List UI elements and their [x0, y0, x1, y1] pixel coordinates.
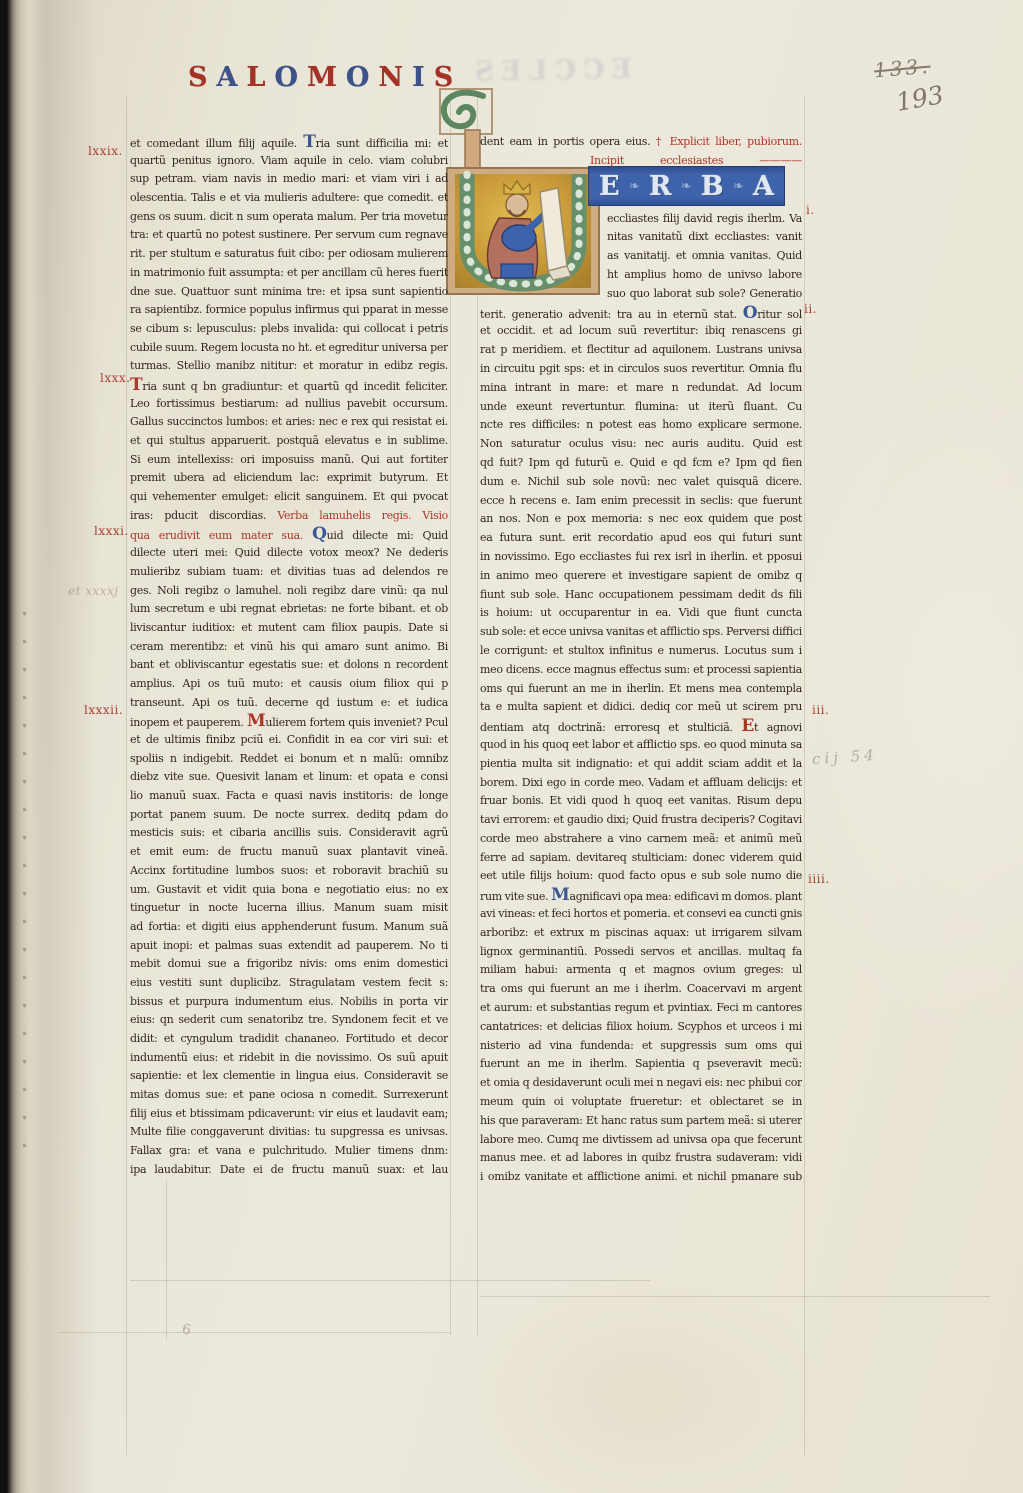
text-segment: Gallus succinctos lumbos: et aries: nec …	[130, 415, 448, 428]
text-segment: rum vite sue.	[480, 890, 551, 903]
text-segment: in animo meo querere et investigare sapi…	[480, 569, 802, 582]
text-segment: agnificavi opa mea: edificavi m domos. p…	[570, 890, 802, 903]
text-segment: nitas vanitatũ dixt eccliastes: vanit	[607, 230, 802, 243]
text-segment: bissus et purpura indumentum eius. Nobil…	[130, 995, 448, 1008]
text-segment: fruar bonis. Et vidi quod h quoq eet van…	[480, 794, 802, 807]
text-segment: fiunt sub sole. Hanc occupationem pessim…	[480, 588, 802, 601]
text-line: bissus et purpura indumentum eius. Nobil…	[130, 993, 448, 1012]
text-line: mebit domui sue a frigoribz nivis: oms e…	[130, 955, 448, 974]
text-segment: cantatrices: et delicias filiox hoium. S…	[480, 1020, 802, 1033]
running-title: SALOMONIS	[188, 62, 462, 93]
text-segment: rit. per stultum e saturatus fuit cibo: …	[130, 247, 448, 264]
text-line: qua erudivit eum mater sua. Quid dilecte…	[130, 525, 448, 544]
text-segment: iras: pducit discordias.	[130, 509, 277, 522]
text-line: ecce h recens e. Iam enim precessit in s…	[480, 492, 802, 511]
text-line: arboribz: et extrux m piscinas aquax: ut…	[480, 924, 802, 943]
text-column-right: dent eam in portis opera eius. † Explici…	[480, 133, 802, 1187]
text-segment: et aurum: et substantias regum et pvinti…	[480, 1001, 802, 1018]
text-line: qui vehementer emulget: elicit sanguinem…	[130, 488, 448, 507]
text-segment: Fallax gra: et vana e pulchritudo. Mulie…	[130, 1144, 448, 1157]
text-segment: mina intrant in mare: et mare n redundat…	[480, 381, 802, 394]
text-segment: indumentũ eius: et ridebit in die noviss…	[130, 1051, 448, 1064]
text-segment: ulierem fortem quis inveniet? Pcul	[265, 716, 448, 729]
text-segment: tra oms qui fuerunt an me i iherlm. Coac…	[480, 982, 802, 995]
text-segment: ipa laudabitur. Date ei de fructu manuũ …	[130, 1163, 448, 1176]
text-line: se cibum s: lepusculus: plebs invalida: …	[130, 320, 448, 339]
text-segment: terit. generatio advenit: tra au in eter…	[480, 308, 743, 321]
text-line: labore meo. Cumq me divtissem ad univsa …	[480, 1131, 802, 1150]
text-segment: diebz vite sue. Quesivit lanam et linum:…	[130, 770, 448, 783]
text-segment: filij eius et btissimam pdicaverunt: vir…	[130, 1107, 448, 1120]
text-segment: ferre ad sapiam. devitareq stulticiam: d…	[480, 851, 802, 864]
text-segment: ges. Noli regibz o lamuhel. noli regibz …	[130, 584, 448, 597]
text-segment: his que paraveram: Et hanc ratus sum par…	[480, 1114, 802, 1127]
text-line: quod in his quoq eet labor et afflictio …	[480, 736, 802, 755]
chapter-numeral: lxxxi.	[94, 524, 129, 538]
text-segment: quartũ penitus ignoro. Viam aquile in ce…	[130, 154, 448, 167]
text-line: ceram merentibz: et vinũ his qui amaro s…	[130, 638, 448, 657]
text-segment: gens os suum. dicit n sum operata malum.…	[130, 210, 448, 223]
text-line: indumentũ eius: et ridebit in die noviss…	[130, 1049, 448, 1068]
text-segment: arboribz: et extrux m piscinas aquax: ut…	[480, 926, 802, 939]
text-line: ad fortia: et digiti eius apphenderunt f…	[130, 918, 448, 937]
text-line: rat p meridiem. et flectitur ad aquilone…	[480, 341, 802, 360]
text-segment: Multe filie conggaverunt divitias: tu su…	[130, 1125, 448, 1138]
text-segment: le corrigunt: et stultox infinitus e num…	[480, 644, 802, 661]
text-line: ht amplius homo de univso labore	[480, 266, 802, 285]
text-line: i omibz vanitate et afflictione animi. e…	[480, 1168, 802, 1187]
text-line: ra sapientibz. formice populus infirmus …	[130, 301, 448, 320]
prick-hole	[23, 668, 26, 671]
text-segment: manus mee. et ad labores in quibz frustr…	[480, 1151, 802, 1164]
text-segment: ht amplius homo de univso labore	[607, 268, 802, 281]
prick-hole	[23, 864, 26, 867]
text-segment: qua erudivit eum mater sua.	[130, 529, 312, 542]
text-segment: lum secretum e ubi regnat ebrietas: ne f…	[130, 602, 448, 615]
text-line: ges. Noli regibz o lamuhel. noli regibz …	[130, 582, 448, 601]
text-line: meum quin oi voluptate frueretur: et obl…	[480, 1093, 802, 1112]
text-segment: meum quin oi voluptate frueretur: et obl…	[480, 1095, 802, 1108]
text-line: tavi errorem: et gaudio dixi; Quid frust…	[480, 811, 802, 830]
prick-hole	[23, 640, 26, 643]
text-line: le corrigunt: et stultox infinitus e num…	[480, 642, 802, 661]
text-segment: et qui stultus apparuerit. postquã eleva…	[130, 434, 448, 447]
text-line: spoliis n indigebit. Reddet ei bonum et …	[130, 750, 448, 769]
text-segment: Non saturatur oculus visu: nec auris aud…	[480, 437, 802, 450]
text-segment: dum e. Nichil sub sole novũ: nec valet q…	[480, 475, 802, 488]
text-line: eius vestiti sunt duplicibz. Stragulatam…	[130, 974, 448, 993]
text-segment: sapientie: et lex clementie in lingua ei…	[130, 1069, 448, 1082]
text-line: didit: et cyngulum tradidit chananeo. Fo…	[130, 1030, 448, 1049]
header-letter: O	[274, 62, 307, 93]
header-letter: S	[188, 62, 217, 93]
text-segment: premit ubera ad eliciendum lac: exprimit…	[130, 471, 448, 484]
ruling-line	[804, 95, 805, 1455]
text-line: inopem et pauperem. Mulierem fortem quis…	[130, 712, 448, 731]
text-line: sapientie: et lex clementie in lingua ei…	[130, 1067, 448, 1086]
text-line: et aurum: et substantias regum et pvinti…	[480, 999, 802, 1018]
text-segment: cubile suum. Regem locusta no ht. et egr…	[130, 341, 448, 354]
folio-number: 193	[894, 80, 946, 117]
text-line: lum secretum e ubi regnat ebrietas: ne f…	[130, 600, 448, 619]
text-segment: didit: et cyngulum tradidit chananeo. Fo…	[130, 1032, 448, 1045]
text-segment: ea futura sunt. erit recordatio apud eos…	[480, 531, 802, 544]
ruling-line	[166, 1180, 167, 1340]
text-line: um. Gustavit et vidit quia bona e negoti…	[130, 881, 448, 900]
prick-hole	[23, 612, 26, 615]
text-segment: O	[743, 304, 758, 323]
text-line: Fallax gra: et vana e pulchritudo. Mulie…	[130, 1142, 448, 1161]
text-line: mesticis suis: et cibaria ancillis suis.…	[130, 824, 448, 843]
text-segment: Verba lamuhelis regis. Visio	[277, 509, 448, 522]
text-segment: lio manuũ suax. Facta e quasi navis inst…	[130, 789, 448, 802]
text-line: lio manuũ suax. Facta e quasi navis inst…	[130, 787, 448, 806]
text-segment: avi vineas: et feci hortos et pomeria. e…	[480, 907, 802, 920]
margin-pencil-note: cij 54	[811, 746, 878, 769]
initial-spiral-curl	[444, 93, 483, 127]
text-segment: et comedant illum filij aquile.	[130, 137, 303, 150]
text-line: Leo fortissimus bestiarum: ad nullius pa…	[130, 395, 448, 414]
text-line: amplius. Api os tuũ muto: et causis oium…	[130, 675, 448, 694]
text-segment: is hoium: ut occuparentur in ea. Vidi qu…	[480, 606, 802, 619]
text-line: ea futura sunt. erit recordatio apud eos…	[480, 529, 802, 548]
text-line: in circuitu pgit sps: et in circulos suo…	[480, 360, 802, 379]
text-segment: olescentia. Talis e et via mulieris adul…	[130, 191, 448, 208]
text-line: tra: et quartũ no potest sustinere. Per …	[130, 226, 448, 245]
text-segment: E	[741, 717, 754, 736]
text-line: meo dicens. ecce magnus effectus sum: et…	[480, 661, 802, 680]
text-line: iras: pducit discordias. Verba lamuhelis…	[130, 507, 448, 526]
text-line: dne sue. Quattuor sunt minima tre: et ip…	[130, 283, 448, 302]
text-line: et emit eum: de fructu manuũ suax planta…	[130, 843, 448, 862]
text-line: et comedant illum filij aquile. Tria sun…	[130, 133, 448, 152]
text-line: lignox germinantiũ. Possedi servos et an…	[480, 943, 802, 962]
prick-hole	[23, 948, 26, 951]
text-segment: mitas domus sue: et pane ociosa n comedi…	[130, 1088, 448, 1101]
text-segment: et de ultimis finibz pciũ ei. Confidit i…	[130, 733, 448, 746]
text-segment: ritur sol	[757, 308, 802, 321]
text-line: in animo meo querere et investigare sapi…	[480, 567, 802, 586]
header-letter: A	[217, 62, 247, 93]
text-segment: ta e multa sapient et didici. dediq cor …	[480, 700, 802, 713]
text-line: turmas. Stellio manibz nititur: et morat…	[130, 357, 448, 376]
text-line: is hoium: ut occuparentur in ea. Vidi qu…	[480, 604, 802, 623]
text-line: qd fuit? Ipm qd futurũ e. Quid e qd fcm …	[480, 454, 802, 473]
text-segment: liviscantur iuditiox: et mutent cam fili…	[130, 621, 448, 634]
text-line: mitas domus sue: et pane ociosa n comedi…	[130, 1086, 448, 1105]
text-line: fruar bonis. Et vidi quod h quoq eet van…	[480, 792, 802, 811]
text-segment: unde exeunt revertuntur. flumina: ut ite…	[480, 400, 802, 413]
text-line: tinguetur in nocte lucerna illius. Manum…	[130, 899, 448, 918]
text-segment: mulieribz subiam tuam: et divitias tuas …	[130, 565, 448, 578]
text-line: terit. generatio advenit: tra au in eter…	[480, 304, 802, 323]
text-segment: sub sole: et ecce univsa vanitas et affl…	[480, 625, 802, 638]
text-segment: T	[303, 133, 315, 152]
header-letter: N	[378, 62, 412, 93]
ruling-line	[480, 1296, 990, 1297]
text-segment: dne sue. Quattuor sunt minima tre: et ip…	[130, 285, 448, 298]
text-line: et occidit. et ad locum suũ revertitur: …	[480, 322, 802, 341]
text-line: transeunt. Api os tuũ. decerne qd iustum…	[130, 694, 448, 713]
text-segment: in circuitu pgit sps: et in circulos suo…	[480, 362, 802, 375]
text-segment: ria sunt difficilia mi: et	[316, 137, 448, 150]
chapter-numeral: lxxx.	[100, 371, 130, 385]
text-line: rum vite sue. Magnificavi opa mea: edifi…	[480, 886, 802, 905]
ruling-line	[130, 1280, 650, 1281]
text-segment: Accinx fortitudine lumbos suos: et robor…	[130, 864, 448, 877]
text-segment: fuerunt an me in iherlm. Sapientia q pse…	[480, 1057, 802, 1070]
text-segment: inopem et pauperem.	[130, 716, 247, 729]
text-line: portat panem suum. De nocte surrex. dedi…	[130, 806, 448, 825]
text-segment: apuit inopi: et palmas suas extendit ad …	[130, 939, 448, 952]
text-segment: qui vehementer emulget: elicit sanguinem…	[130, 490, 448, 503]
text-line: apuit inopi: et palmas suas extendit ad …	[130, 937, 448, 956]
text-line: fiunt sub sole. Hanc occupationem pessim…	[480, 586, 802, 605]
text-segment: eccliastes filij david regis iherlm. Va	[607, 212, 802, 225]
text-line: eet utile filijs hoium: quod facto opus …	[480, 867, 802, 886]
text-segment: et occidit. et ad locum suũ revertitur: …	[480, 324, 802, 337]
text-segment: miliam habui: armenta q et magnos ovium …	[480, 963, 802, 976]
text-line: ferre ad sapiam. devitareq stulticiam: d…	[480, 849, 802, 868]
prick-hole	[23, 1060, 26, 1063]
text-segment: eius: qn sederit cum senatoribz tre. Syn…	[130, 1013, 448, 1026]
text-segment: turmas. Stellio manibz nititur: et morat…	[130, 359, 448, 372]
faded-margin-annotation: et xxxxj	[68, 584, 119, 598]
text-segment: † Explicit liber, pubiorum.	[656, 135, 802, 148]
text-segment: ad fortia: et digiti eius apphenderunt f…	[130, 920, 448, 933]
prick-hole	[23, 696, 26, 699]
text-segment: oms qui fuerunt an me in iherlin. Et men…	[480, 682, 802, 695]
text-segment: mesticis suis: et cibaria ancillis suis.…	[130, 826, 448, 839]
text-line: bant et obliviscantur egestatis sue: et …	[130, 656, 448, 675]
text-line: eius: qn sederit cum senatoribz tre. Syn…	[130, 1011, 448, 1030]
text-segment: Q	[312, 525, 327, 544]
text-line: his que paraveram: Et hanc ratus sum par…	[480, 1112, 802, 1131]
bottom-margin-mark: 6	[180, 1321, 192, 1339]
text-segment: dilecte uteri mei: Quid dilecte votox me…	[130, 546, 448, 559]
text-line: diebz vite sue. Quesivit lanam et linum:…	[130, 768, 448, 787]
text-segment: Leo fortissimus bestiarum: ad nullius pa…	[130, 397, 448, 410]
header-letter: O	[346, 62, 379, 93]
text-segment: mebit domui sue a frigoribz nivis: oms e…	[130, 957, 448, 970]
text-segment: ecce h recens e. Iam enim precessit in s…	[480, 494, 802, 507]
text-line: manus mee. et ad labores in quibz frustr…	[480, 1149, 802, 1168]
header-letter: M	[307, 62, 346, 93]
text-column-left: et comedant illum filij aquile. Tria sun…	[130, 133, 448, 1180]
text-line: ncte res difficiles: n potest eas homo e…	[480, 416, 802, 435]
text-segment: eius vestiti sunt duplicibz. Stragulatam…	[130, 976, 448, 989]
ruling-line	[126, 95, 127, 1455]
text-line: miliam habui: armenta q et magnos ovium …	[480, 961, 802, 980]
text-line: ta e multa sapient et didici. dediq cor …	[480, 698, 802, 717]
text-line: avi vineas: et feci hortos et pomeria. e…	[480, 905, 802, 924]
prick-hole	[23, 920, 26, 923]
text-segment: spoliis n indigebit. Reddet ei bonum et …	[130, 752, 448, 765]
chapter-numeral: iii.	[812, 703, 829, 717]
rubric-incipit: Incipit ecclesiastes ———— mmmmmmv	[480, 152, 802, 171]
prick-hole	[23, 1144, 26, 1147]
prick-hole	[23, 780, 26, 783]
chapter-numeral: i.	[806, 203, 815, 217]
prick-hole	[23, 1004, 26, 1007]
text-segment: dentiam atq doctrinã: erroresq et stulti…	[480, 721, 741, 734]
text-segment: tra: et quartũ no potest sustinere. Per …	[130, 228, 448, 241]
text-line: pientia multa sit indignatio: et qui add…	[480, 755, 802, 774]
text-line: quartũ penitus ignoro. Viam aquile in ce…	[130, 152, 448, 171]
text-line: dentiam atq doctrinã: erroresq et stulti…	[480, 717, 802, 736]
text-segment: ra sapientibz. formice populus infirmus …	[130, 303, 448, 316]
text-segment: lignox germinantiũ. Possedi servos et an…	[480, 945, 802, 958]
text-segment: et omia q desidaverunt oculi mei n negav…	[480, 1076, 802, 1089]
text-segment: pientia multa sit indignatio: et qui add…	[480, 757, 802, 770]
text-line: nisterio ad vina fundenda: et supgressis…	[480, 1037, 802, 1056]
text-line: Si eum intellexiss: ori imposuiss manũ. …	[130, 451, 448, 470]
text-line: Multe filie conggaverunt divitias: tu su…	[130, 1123, 448, 1142]
text-segment: ceram merentibz: et vinũ his qui amaro s…	[130, 640, 448, 653]
text-line: eccliastes filij david regis iherlm. Va	[480, 210, 802, 229]
text-line: tra oms qui fuerunt an me i iherlm. Coac…	[480, 980, 802, 999]
text-line: et qui stultus apparuerit. postquã eleva…	[130, 432, 448, 451]
prick-hole	[23, 836, 26, 839]
text-segment: amplius. Api os tuũ muto: et causis oium…	[130, 677, 448, 690]
prick-hole	[23, 1116, 26, 1119]
text-segment: bant et obliviscantur egestatis sue: et …	[130, 658, 448, 671]
text-segment: ncte res difficiles: n potest eas homo e…	[480, 418, 802, 431]
text-segment: borem. Dixi ego in corde meo. Vadam et a…	[480, 776, 802, 789]
text-segment: i omibz vanitate et afflictione animi. e…	[480, 1170, 802, 1183]
text-segment: eet utile filijs hoium: quod facto opus …	[480, 869, 802, 882]
text-segment: quod in his quoq eet labor et afflictio …	[480, 738, 802, 751]
text-segment: Si eum intellexiss: ori imposuiss manũ. …	[130, 453, 448, 466]
text-segment: as vanitatij. et omnia vanitas. Quid	[607, 249, 802, 262]
text-line: rit. per stultum e saturatus fuit cibo: …	[130, 245, 448, 264]
text-line: unde exeunt revertuntur. flumina: ut ite…	[480, 398, 802, 417]
text-segment: labore meo. Cumq me divtissem ad univsa …	[480, 1133, 802, 1146]
text-segment: qd fuit? Ipm qd futurũ e. Quid e qd fcm …	[480, 456, 802, 469]
text-line: et omia q desidaverunt oculi mei n negav…	[480, 1074, 802, 1093]
text-line: olescentia. Talis e et via mulieris adul…	[130, 189, 448, 208]
text-line: Non saturatur oculus visu: nec auris aud…	[480, 435, 802, 454]
text-line: sup petram. viam navis in medio mari: et…	[130, 170, 448, 189]
text-line: suo quo laborat sub sole? Generatio p	[480, 285, 802, 304]
ruling-line	[60, 1332, 450, 1333]
prick-hole	[23, 892, 26, 895]
text-segment: M	[247, 712, 266, 731]
text-line: cantatrices: et delicias filiox hoium. S…	[480, 1018, 802, 1037]
text-line: an nos. Non e pox memoria: s nec eox qui…	[480, 510, 802, 529]
book-gutter-edge	[0, 0, 46, 1493]
text-line: Gallus succinctos lumbos: et aries: nec …	[130, 413, 448, 432]
text-segment: se cibum s: lepusculus: plebs invalida: …	[130, 322, 448, 335]
prick-hole	[23, 976, 26, 979]
prick-hole	[23, 808, 26, 811]
prick-hole	[23, 1032, 26, 1035]
text-line: mulieribz subiam tuam: et divitias tuas …	[130, 563, 448, 582]
text-segment: suo quo laborat sub sole? Generatio p	[607, 287, 802, 304]
text-line: in matrimonio fuit assumpta: et per anci…	[130, 264, 448, 283]
text-line: as vanitatij. et omnia vanitas. Quid	[480, 247, 802, 266]
text-segment: corde meo abstrahere a vino carnem meã: …	[480, 832, 802, 849]
text-segment: Incipit ecclesiastes ———— mmmmmmv	[590, 154, 802, 171]
text-segment: transeunt. Api os tuũ. decerne qd iustum…	[130, 696, 448, 709]
text-line: fuerunt an me in iherlm. Sapientia q pse…	[480, 1055, 802, 1074]
manuscript-page: ECCLES SALOMONIS 133. 193 cij 54 6	[0, 0, 1023, 1493]
text-line: mina intrant in mare: et mare n redundat…	[480, 379, 802, 398]
prick-hole	[23, 1088, 26, 1091]
rubric-explicit: dent eam in portis opera eius. † Explici…	[480, 133, 802, 152]
text-line: cubile suum. Regem locusta no ht. et egr…	[130, 339, 448, 358]
text-segment: et emit eum: de fructu manuũ suax planta…	[130, 845, 448, 858]
prick-hole	[23, 752, 26, 755]
text-line: gens os suum. dicit n sum operata malum.…	[130, 208, 448, 227]
text-line: Tria sunt q bn gradiuntur: et quartũ qd …	[130, 376, 448, 395]
text-line: liviscantur iuditiox: et mutent cam fili…	[130, 619, 448, 638]
text-line: oms qui fuerunt an me in iherlin. Et men…	[480, 680, 802, 699]
text-line: dum e. Nichil sub sole novũ: nec valet q…	[480, 473, 802, 492]
text-segment: T	[130, 376, 142, 395]
text-segment: tinguetur in nocte lucerna illius. Manum…	[130, 901, 448, 914]
text-segment: dent eam in portis opera eius.	[480, 135, 656, 148]
header-letter: I	[412, 62, 434, 93]
text-segment: rat p meridiem. et flectitur ad aquilone…	[480, 343, 802, 356]
text-segment: in novissimo. Ego eccliastes fui rex isr…	[480, 550, 802, 563]
text-segment: t agnovi	[754, 721, 802, 734]
text-segment: nisterio ad vina fundenda: et supgressis…	[480, 1039, 802, 1052]
text-line: corde meo abstrahere a vino carnem meã: …	[480, 830, 802, 849]
text-segment: um. Gustavit et vidit quia bona e negoti…	[130, 883, 448, 896]
folio-number-crossed-out: 133.	[873, 54, 931, 83]
header-letter: L	[246, 62, 274, 93]
text-line: Accinx fortitudine lumbos suos: et robor…	[130, 862, 448, 881]
text-segment: M	[551, 886, 570, 905]
text-line: sub sole: et ecce univsa vanitas et affl…	[480, 623, 802, 642]
text-segment: in matrimonio fuit assumpta: et per anci…	[130, 266, 448, 279]
text-segment: uid dilecte mi: Quid	[327, 529, 448, 542]
chapter-numeral: lxxxii.	[84, 703, 123, 717]
prick-hole	[23, 724, 26, 727]
chapter-numeral: ii.	[804, 302, 817, 316]
text-line: in novissimo. Ego eccliastes fui rex isr…	[480, 548, 802, 567]
text-segment: ria sunt q bn gradiuntur: et quartũ qd i…	[142, 380, 448, 393]
chapter-numeral: lxxix.	[88, 144, 123, 158]
text-line: nitas vanitatũ dixt eccliastes: vanit	[480, 228, 802, 247]
text-segment: meo dicens. ecce magnus effectus sum: et…	[480, 663, 802, 676]
text-segment: an nos. Non e pox memoria: s nec eox qui…	[480, 512, 802, 525]
text-line: filij eius et btissimam pdicaverunt: vir…	[130, 1105, 448, 1124]
text-line: ipa laudabitur. Date ei de fructu manuũ …	[130, 1161, 448, 1180]
text-line: borem. Dixi ego in corde meo. Vadam et a…	[480, 774, 802, 793]
text-line: premit ubera ad eliciendum lac: exprimit…	[130, 469, 448, 488]
text-segment: portat panem suum. De nocte surrex. dedi…	[130, 808, 448, 821]
text-segment: tavi errorem: et gaudio dixi; Quid frust…	[480, 813, 802, 830]
text-line: et de ultimis finibz pciũ ei. Confidit i…	[130, 731, 448, 750]
text-segment: sup petram. viam navis in medio mari: et…	[130, 172, 448, 185]
chapter-numeral: iiii.	[808, 872, 830, 886]
text-line: dilecte uteri mei: Quid dilecte votox me…	[130, 544, 448, 563]
